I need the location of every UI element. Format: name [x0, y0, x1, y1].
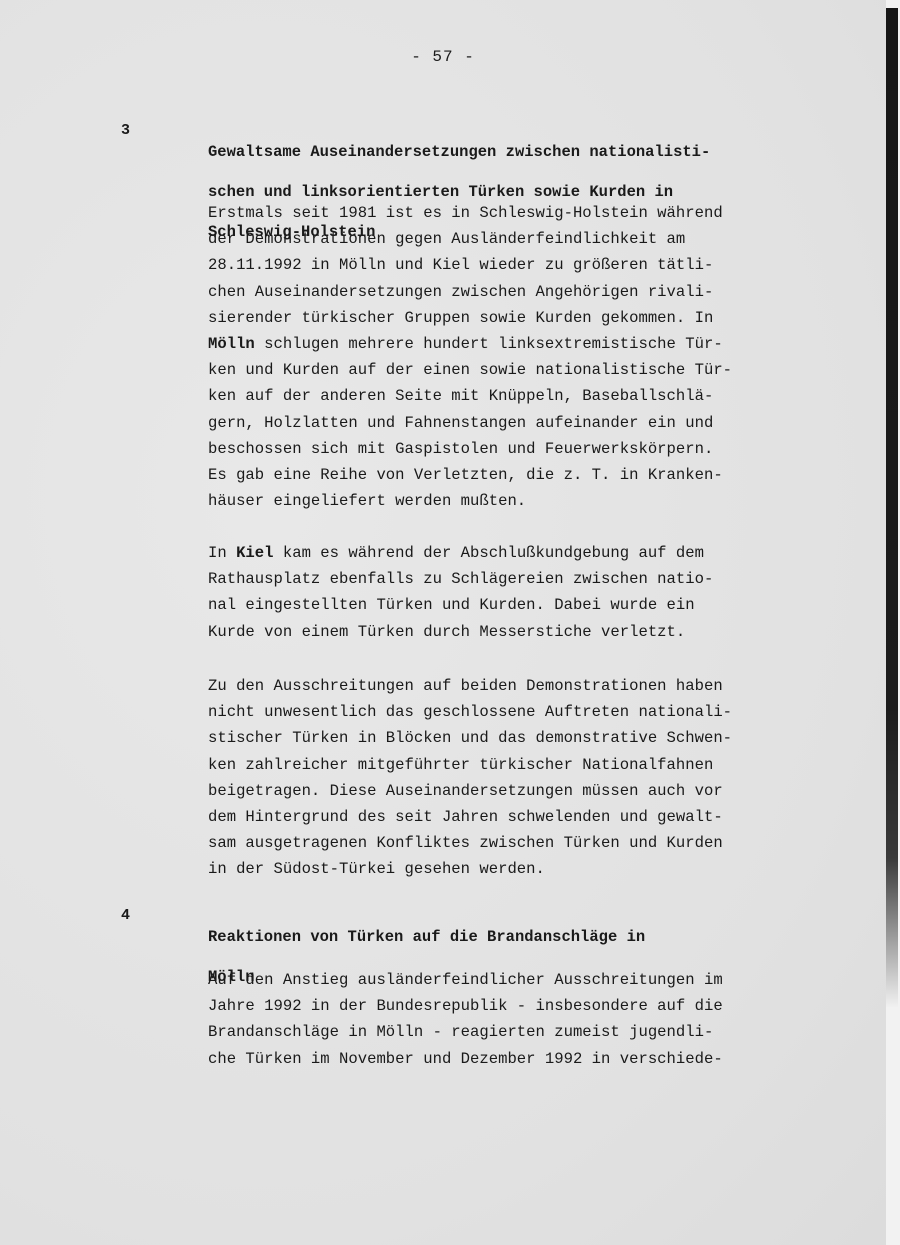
- text-line: sam ausgetragenen Konfliktes zwischen Tü…: [208, 830, 848, 856]
- page-number: - 57 -: [0, 48, 886, 66]
- text-line: 28.11.1992 in Mölln und Kiel wieder zu g…: [208, 252, 848, 278]
- text-line: sierender türkischer Gruppen sowie Kurde…: [208, 305, 848, 331]
- text-line: gern, Holzlatten und Fahnenstangen aufei…: [208, 410, 848, 436]
- text-line: nal eingestellten Türken und Kurden. Dab…: [208, 592, 848, 618]
- text-line: dem Hintergrund des seit Jahren schwelen…: [208, 804, 848, 830]
- heading-line: schen und linksorientierten Türken sowie…: [208, 182, 828, 202]
- text-line: Kurde von einem Türken durch Messerstich…: [208, 619, 848, 645]
- text-line: che Türken im November und Dezember 1992…: [208, 1046, 848, 1072]
- text-line: Rathausplatz ebenfalls zu Schlägereien z…: [208, 566, 848, 592]
- text-line: beschossen sich mit Gaspistolen und Feue…: [208, 436, 848, 462]
- text-line: Es gab eine Reihe von Verletzten, die z.…: [208, 462, 848, 488]
- section-number: 3: [121, 122, 130, 139]
- paragraph: Erstmals seit 1981 ist es in Schleswig-H…: [208, 200, 848, 514]
- scan-edge-shadow: [886, 8, 898, 1008]
- section-number: 4: [121, 907, 130, 924]
- text-line: Erstmals seit 1981 ist es in Schleswig-H…: [208, 200, 848, 226]
- paragraph: Zu den Ausschreitungen auf beiden Demons…: [208, 673, 848, 883]
- scan-margin: [886, 0, 900, 8]
- text-line: Brandanschläge in Mölln - reagierten zum…: [208, 1019, 848, 1045]
- text-line: Mölln schlugen mehrere hundert linksextr…: [208, 331, 848, 357]
- text-line: Jahre 1992 in der Bundesrepublik - insbe…: [208, 993, 848, 1019]
- heading-line: Reaktionen von Türken auf die Brandansch…: [208, 927, 828, 947]
- text-line: Zu den Ausschreitungen auf beiden Demons…: [208, 673, 848, 699]
- paragraph: Auf den Anstieg ausländerfeindlicher Aus…: [208, 967, 848, 1072]
- text-line: Auf den Anstieg ausländerfeindlicher Aus…: [208, 967, 848, 993]
- text-line: In Kiel kam es während der Abschlußkundg…: [208, 540, 848, 566]
- text-line: häuser eingeliefert werden mußten.: [208, 488, 848, 514]
- paragraph: In Kiel kam es während der Abschlußkundg…: [208, 540, 848, 645]
- text-line: nicht unwesentlich das geschlossene Auft…: [208, 699, 848, 725]
- text-line: ken auf der anderen Seite mit Knüppeln, …: [208, 383, 848, 409]
- text-line: ken zahlreicher mitgeführter türkischer …: [208, 752, 848, 778]
- text-line: beigetragen. Diese Auseinandersetzungen …: [208, 778, 848, 804]
- text-line: chen Auseinandersetzungen zwischen Angeh…: [208, 279, 848, 305]
- text-line: ken und Kurden auf der einen sowie natio…: [208, 357, 848, 383]
- heading-line: Gewaltsame Auseinandersetzungen zwischen…: [208, 142, 828, 162]
- text-line: der Demonstrationen gegen Ausländerfeind…: [208, 226, 848, 252]
- document-page: - 57 - 3 Gewaltsame Auseinandersetzungen…: [0, 0, 886, 1245]
- text-line: in der Südost-Türkei gesehen werden.: [208, 856, 848, 882]
- text-line: stischer Türken in Blöcken und das demon…: [208, 725, 848, 751]
